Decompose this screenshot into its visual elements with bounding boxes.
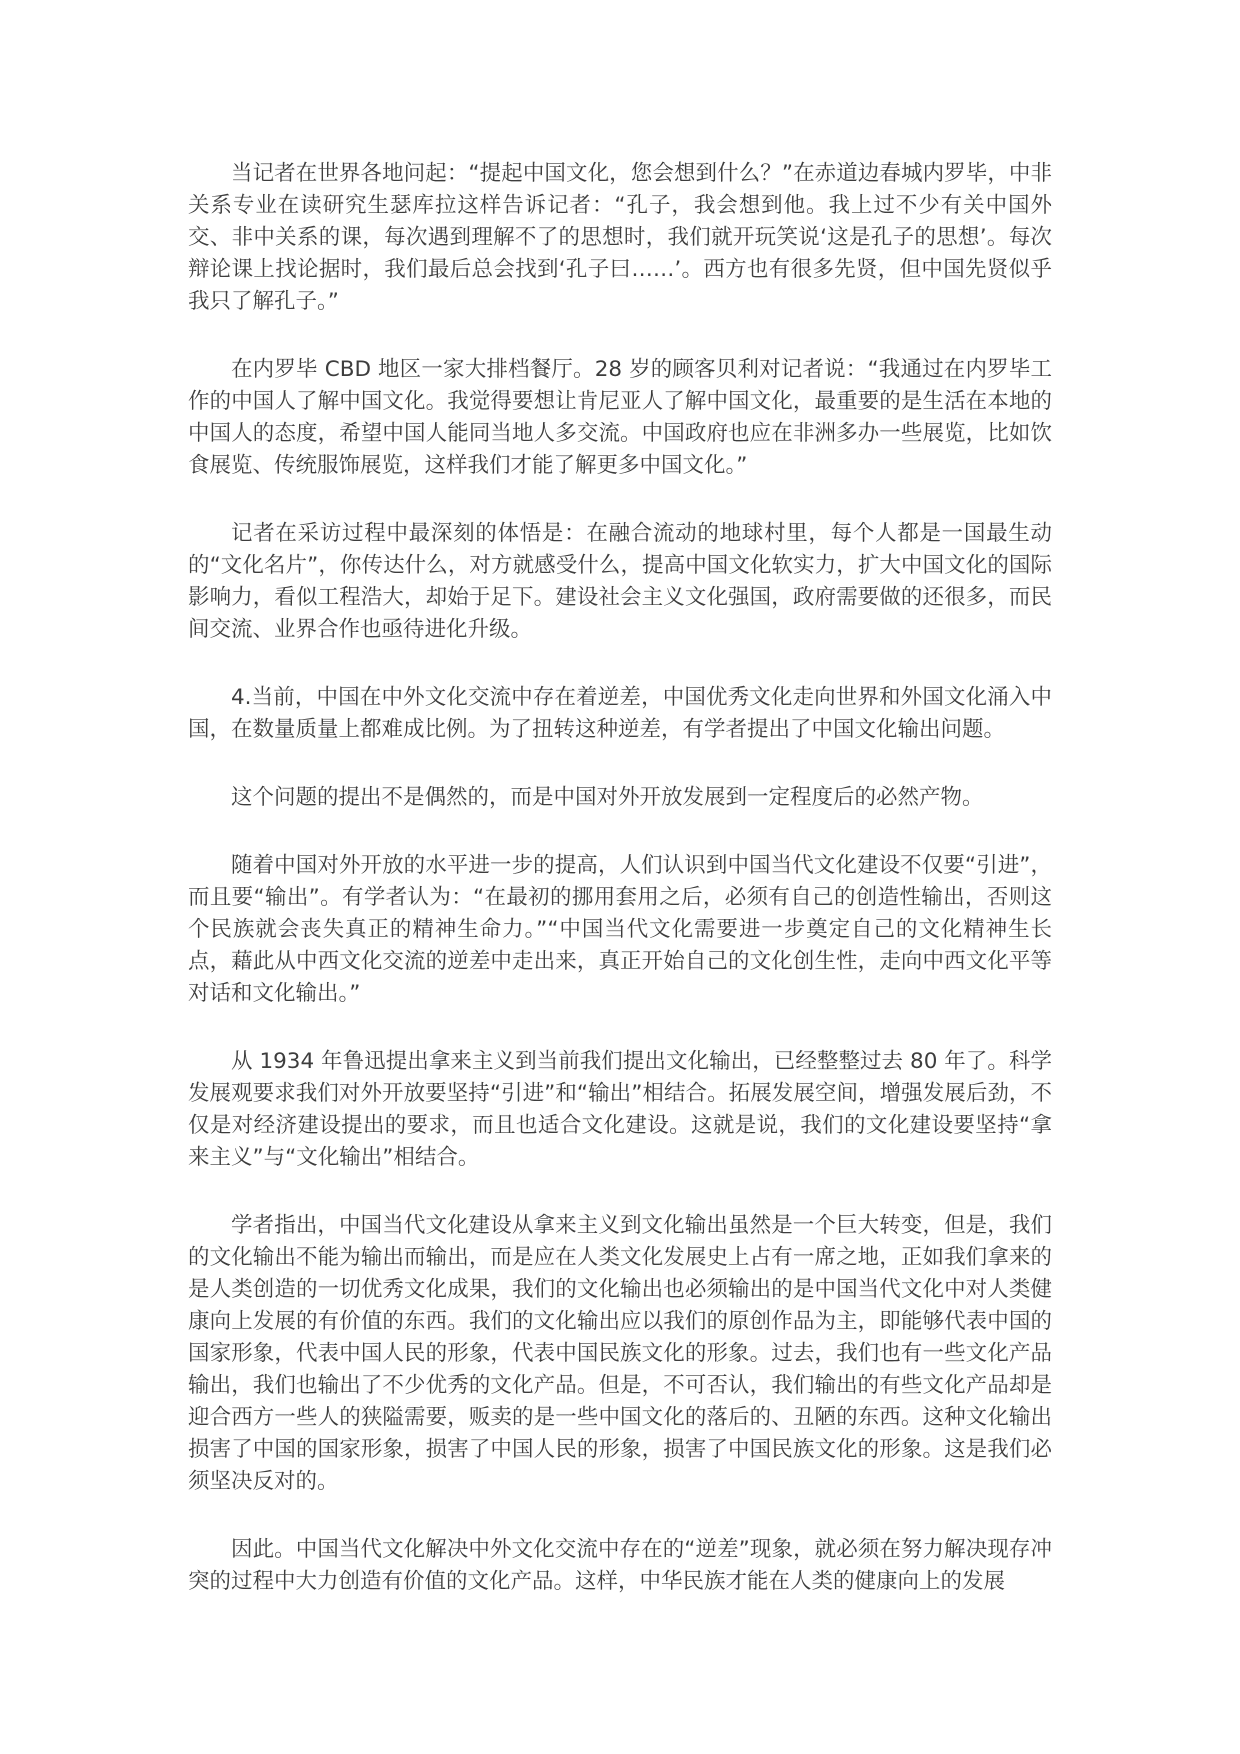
paragraph-5: 这个问题的提出不是偶然的，而是中国对外开放发展到一定程度后的必然产物。 [188,782,1052,814]
paragraph-9: 因此。中国当代文化解决中外文化交流中存在的“逆差”现象，就必须在努力解决现存冲突… [188,1534,1052,1598]
paragraph-1: 当记者在世界各地问起：“提起中国文化，您会想到什么？”在赤道边春城内罗毕，中非关… [188,158,1052,318]
paragraph-3: 记者在采访过程中最深刻的体悟是：在融合流动的地球村里，每个人都是一国最生动的“文… [188,518,1052,646]
paragraph-4: 4.当前，中国在中外文化交流中存在着逆差，中国优秀文化走向世界和外国文化涌入中国… [188,682,1052,746]
paragraph-6: 随着中国对外开放的水平进一步的提高，人们认识到中国当代文化建设不仅要“引进”，而… [188,850,1052,1010]
paragraph-7: 从 1934 年鲁迅提出拿来主义到当前我们提出文化输出，已经整整过去 80 年了… [188,1046,1052,1174]
paragraph-8: 学者指出，中国当代文化建设从拿来主义到文化输出虽然是一个巨大转变，但是，我们的文… [188,1210,1052,1498]
document-page: 当记者在世界各地问起：“提起中国文化，您会想到什么？”在赤道边春城内罗毕，中非关… [0,0,1240,1754]
paragraph-2: 在内罗毕 CBD 地区一家大排档餐厅。28 岁的顾客贝利对记者说：“我通过在内罗… [188,354,1052,482]
